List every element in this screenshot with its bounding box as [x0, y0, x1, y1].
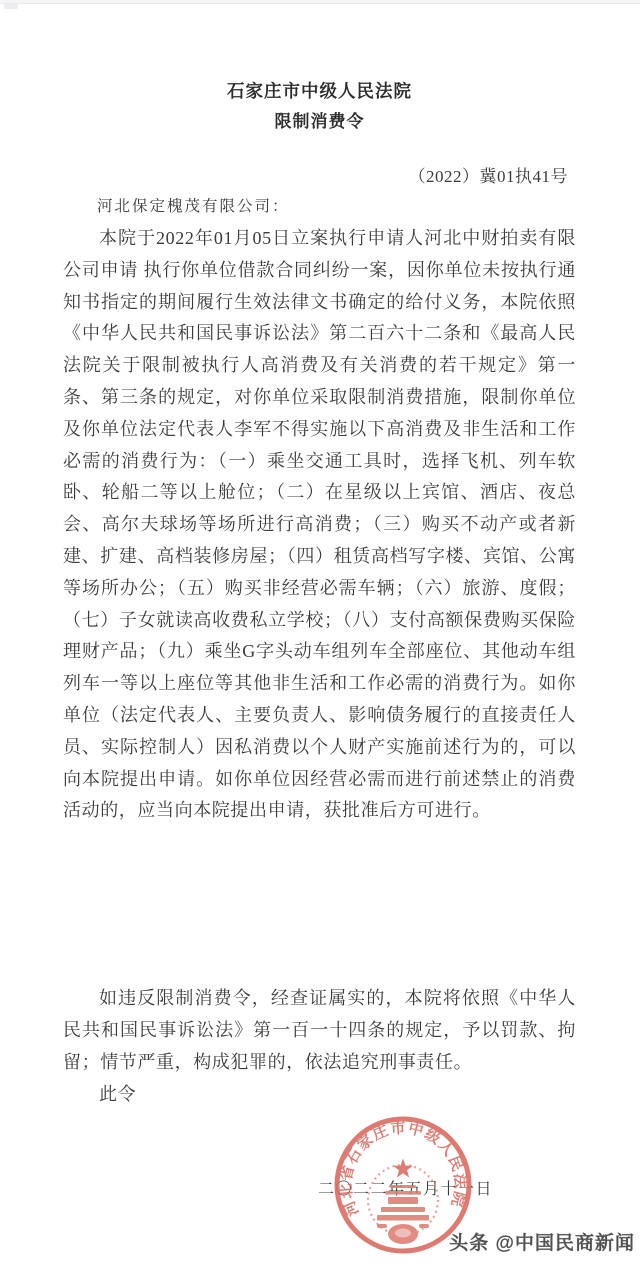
seal-emblem: [377, 1185, 429, 1244]
court-document-page: 石家庄市中级人民法院 限制消费令 （2022）冀01执41号 河北保定槐茂有限公…: [0, 0, 640, 1265]
court-name-heading: 石家庄市中级人民法院: [63, 78, 576, 104]
toutiao-watermark: 头条 @中国民商新闻: [449, 1228, 635, 1255]
main-paragraph: 本院于2022年01月05日立案执行申请人河北中财拍卖有限公司申请 执行你单位借…: [63, 223, 576, 827]
closing-phrase: 此令: [63, 1079, 576, 1111]
addressee-line: 河北保定槐茂有限公司：: [97, 194, 576, 219]
document-body: 石家庄市中级人民法院 限制消费令 （2022）冀01执41号 河北保定槐茂有限公…: [63, 0, 576, 1110]
case-number: （2022）冀01执41号: [63, 164, 576, 189]
document-title: 限制消费令: [63, 106, 576, 138]
seal-star-icon: [393, 1159, 413, 1178]
scan-artifact: [4, 4, 18, 9]
penalty-paragraph: 如违反限制消费令，经查证属实的，本院将依照《中华人民共和国民事诉讼法》第一百一十…: [63, 983, 576, 1078]
